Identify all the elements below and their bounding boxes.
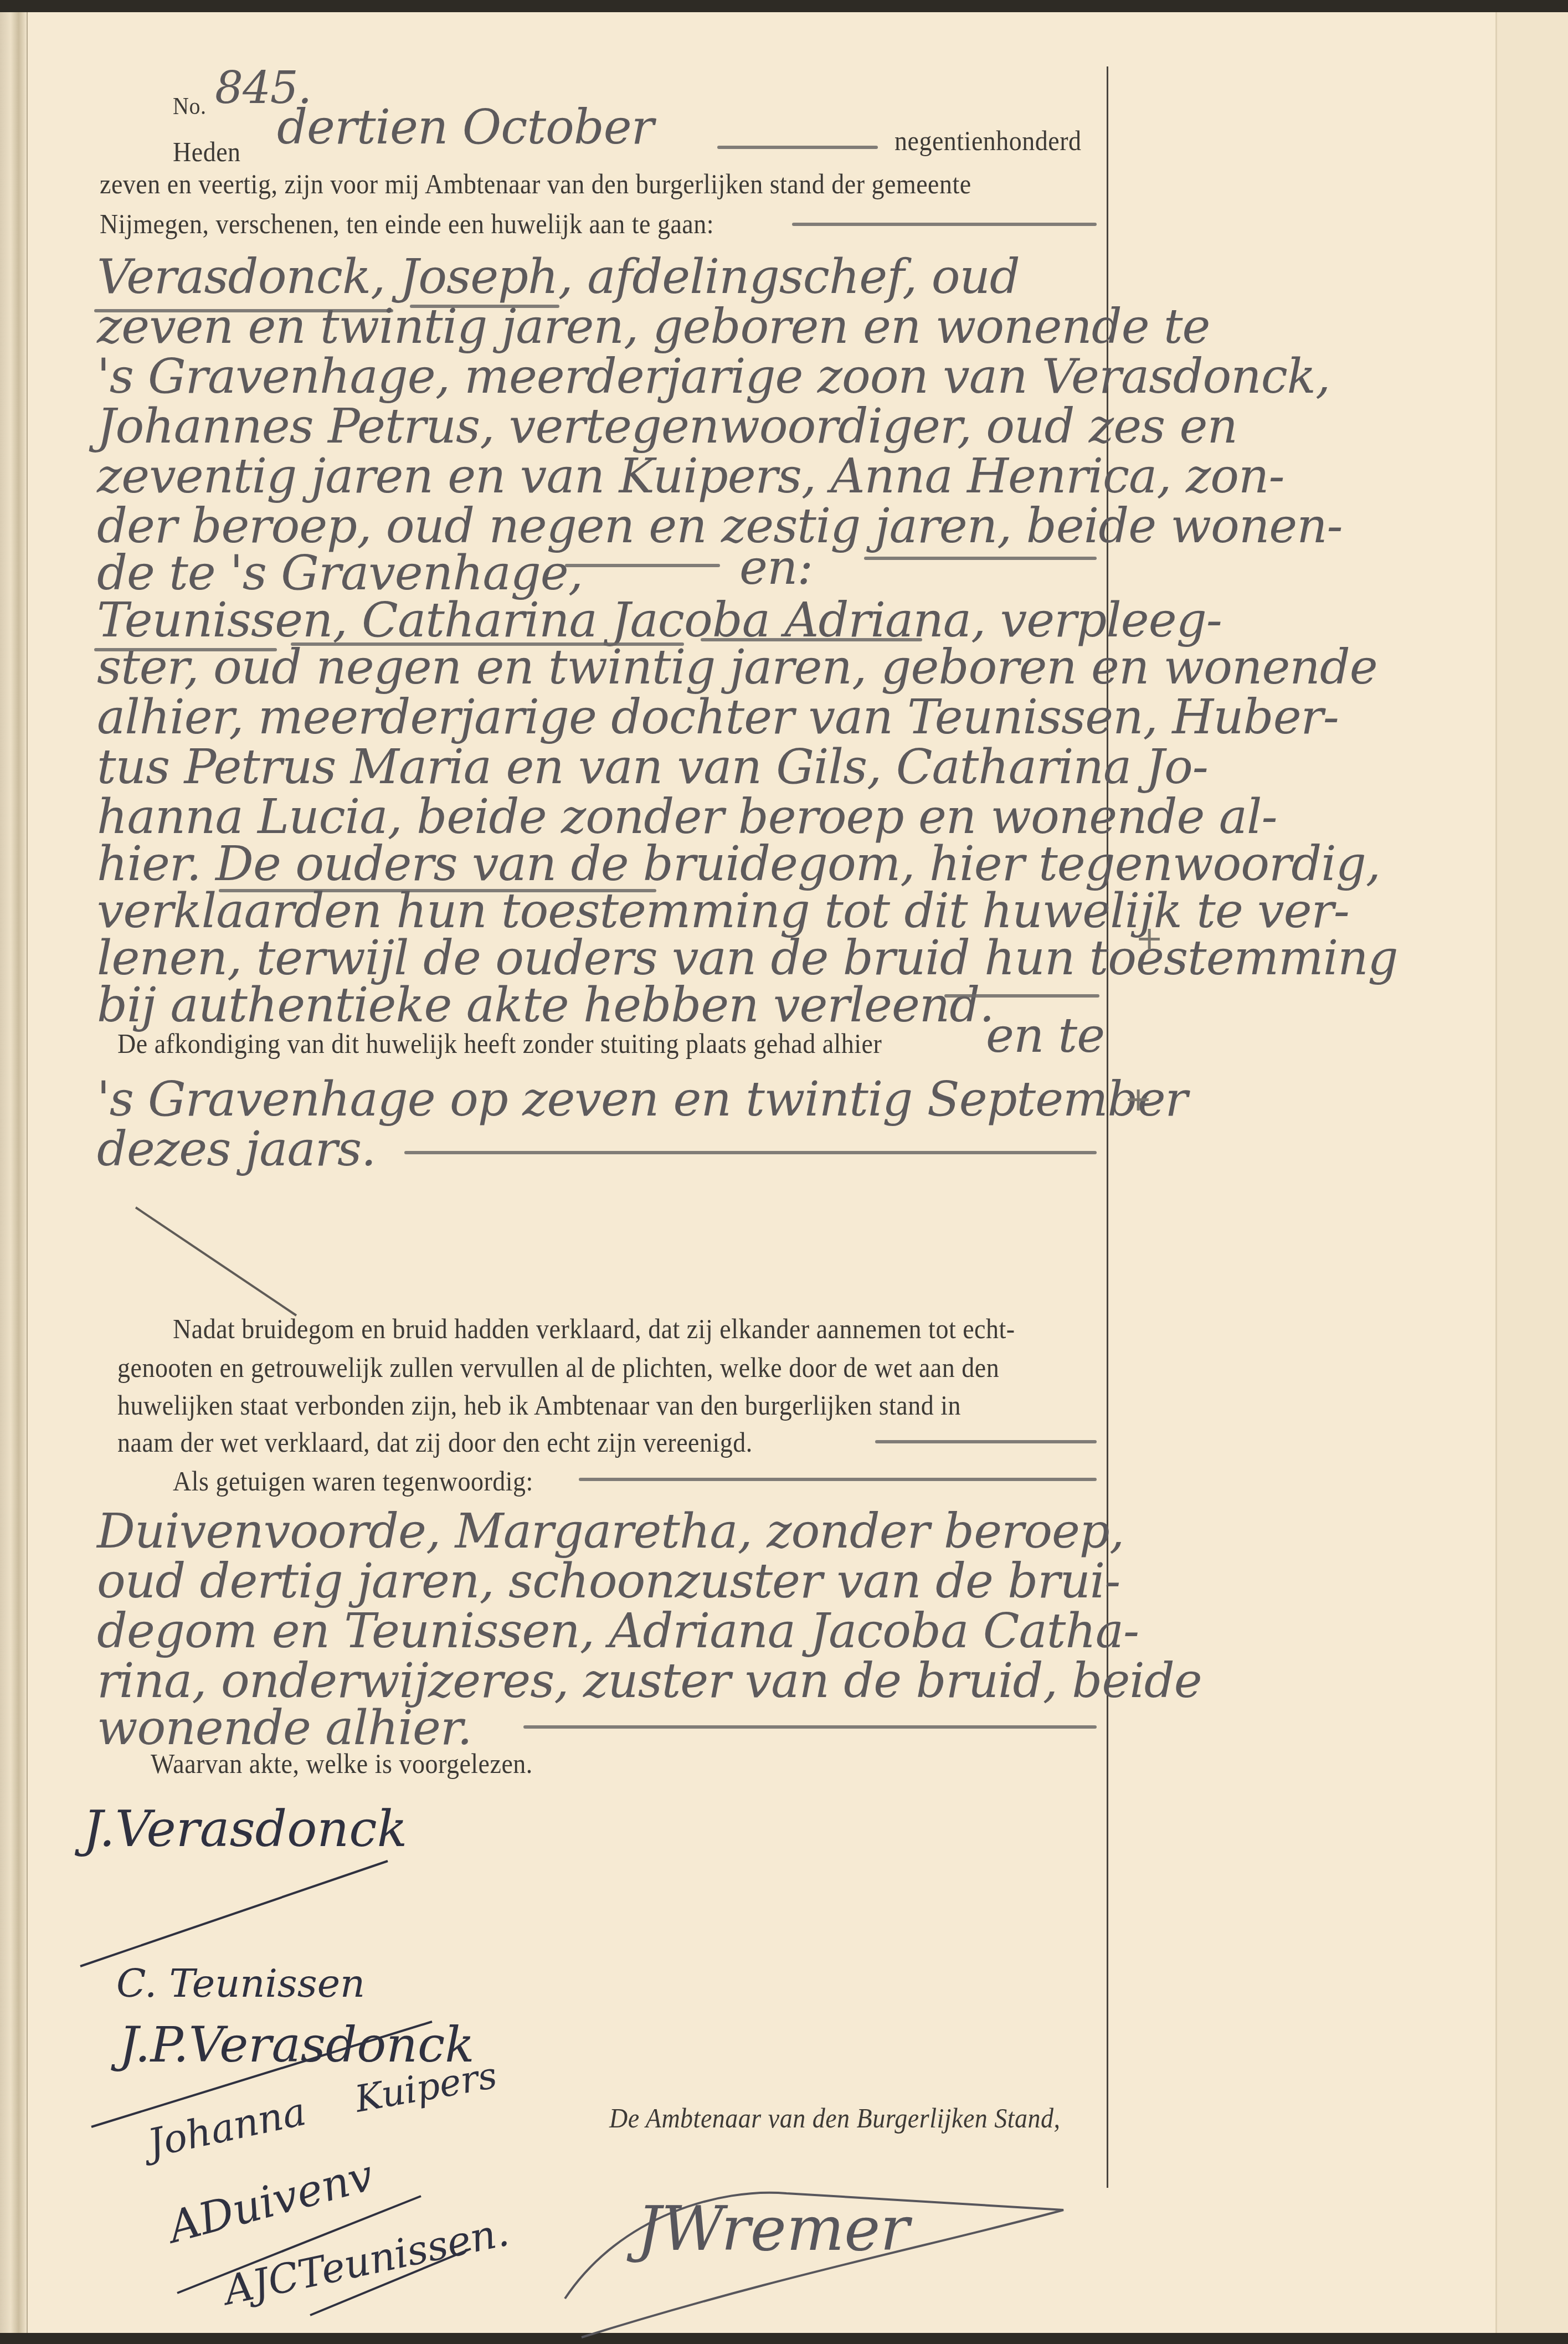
signature-flourishes — [0, 0, 1568, 2344]
